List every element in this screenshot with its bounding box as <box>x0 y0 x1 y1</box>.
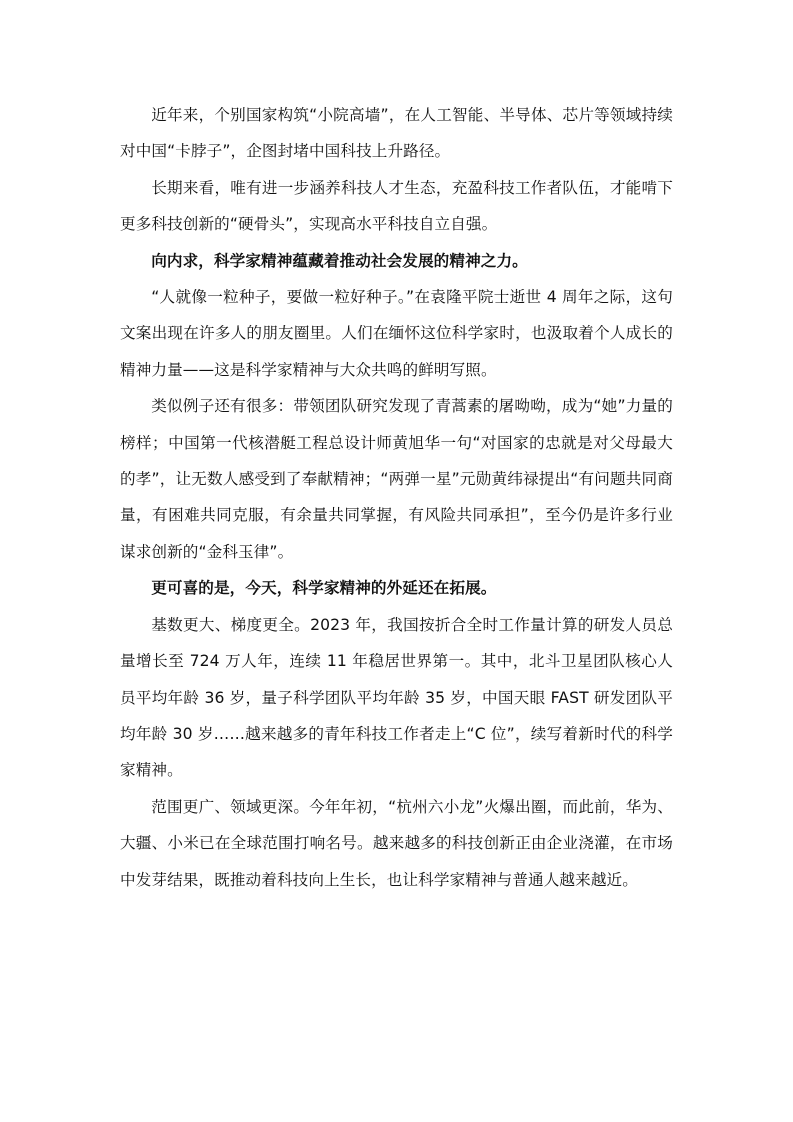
paragraph-yuan-longping: “人就像一粒种子，要做一粒好种子。”在袁隆平院士逝世 4 周年之际，这句文案出现… <box>120 279 673 388</box>
document-page: 近年来，个别国家构筑“小院高墙”，在人工智能、半导体、芯片等领域持续对中国“卡脖… <box>120 97 673 898</box>
paragraph-intro-containment: 近年来，个别国家构筑“小院高墙”，在人工智能、半导体、芯片等领域持续对中国“卡脖… <box>120 97 673 170</box>
section-heading-expansion: 更可喜的是，今天，科学家精神的外延还在拓展。 <box>120 570 673 606</box>
section-heading-inner-strength: 向内求，科学家精神蕴藏着推动社会发展的精神之力。 <box>120 243 673 279</box>
paragraph-enterprise-innovation: 范围更广、领域更深。今年年初，“杭州六小龙”火爆出圈，而此前，华为、大疆、小米已… <box>120 789 673 898</box>
paragraph-scientist-examples: 类似例子还有很多：带领团队研究发现了青蒿素的屠呦呦，成为“她”力量的榜样；中国第… <box>120 388 673 570</box>
paragraph-talent-ecosystem: 长期来看，唯有进一步涵养科技人才生态，充盈科技工作者队伍，才能啃下更多科技创新的… <box>120 170 673 243</box>
paragraph-rd-personnel: 基数更大、梯度更全。2023 年，我国按折合全时工作量计算的研发人员总量增长至 … <box>120 607 673 789</box>
